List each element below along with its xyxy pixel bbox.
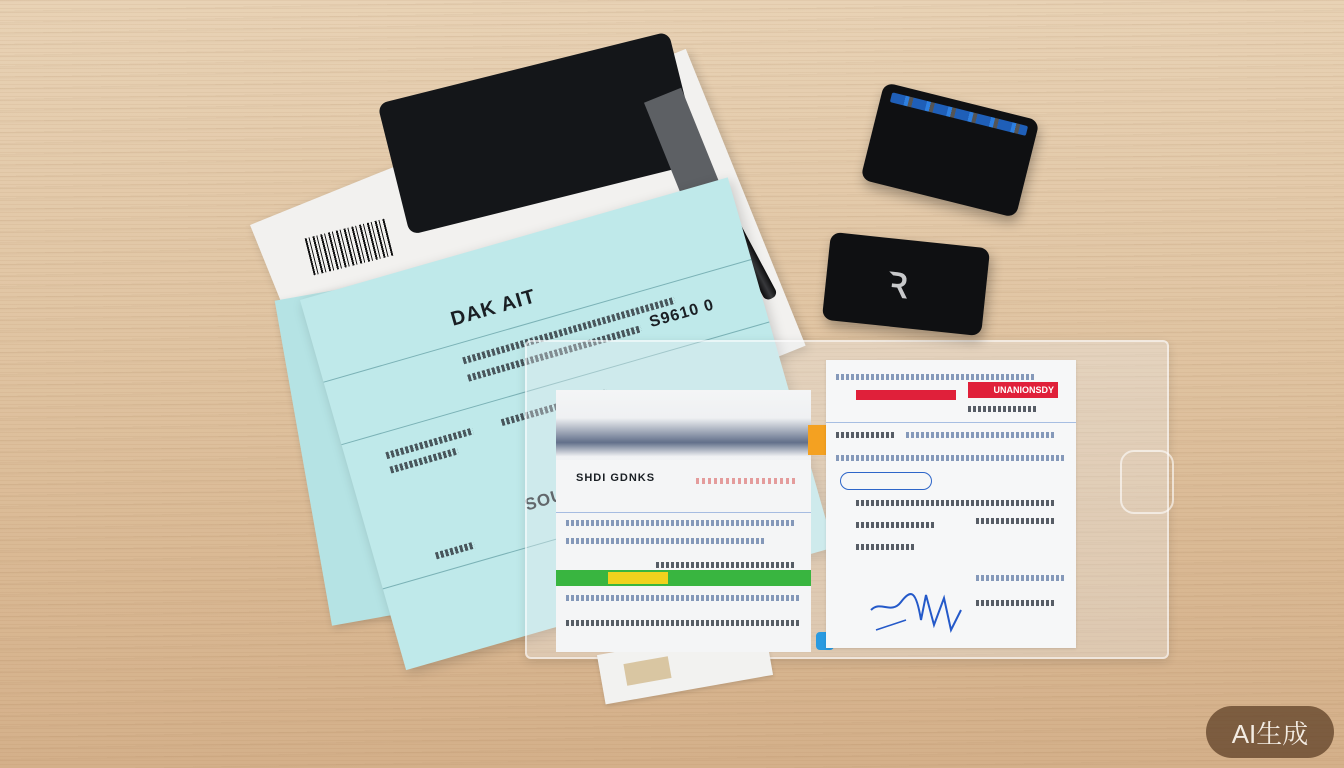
ai-generated-badge: AI生成 (1206, 706, 1334, 758)
red-text-line (696, 478, 796, 484)
text-line (836, 374, 1036, 380)
header-label: UNANIONSDY (968, 382, 1058, 398)
text-line (968, 406, 1038, 412)
text-line (856, 500, 1056, 506)
text-line (976, 600, 1056, 606)
text-line (566, 538, 766, 544)
divider (826, 422, 1076, 423)
oval-highlight (840, 472, 932, 490)
text-line (856, 522, 936, 528)
text-line (566, 520, 796, 526)
text-line (566, 595, 801, 601)
ticket-left: SHDI GDNKS (556, 390, 811, 652)
signature (866, 580, 976, 640)
divider (556, 512, 811, 513)
green-band (556, 570, 811, 586)
text-line (435, 542, 475, 560)
text-line (976, 575, 1066, 581)
ticket-right: UNANIONSDY (826, 360, 1076, 648)
text-line (856, 544, 916, 550)
text-line (656, 562, 796, 568)
red-bar (856, 390, 956, 400)
ticket-image (556, 390, 811, 460)
yellow-block (608, 572, 668, 584)
text-line (906, 432, 1056, 438)
text-line (836, 432, 896, 438)
text-line (976, 518, 1056, 524)
black-card-logo: Ꝛ (822, 232, 990, 336)
text-line (566, 620, 801, 626)
wallet-clasp (1120, 450, 1174, 514)
text-line (836, 455, 1066, 461)
orange-tab (808, 425, 828, 455)
ticket-heading: SHDI GDNKS (576, 472, 655, 484)
card-logo-icon: Ꝛ (886, 260, 911, 308)
